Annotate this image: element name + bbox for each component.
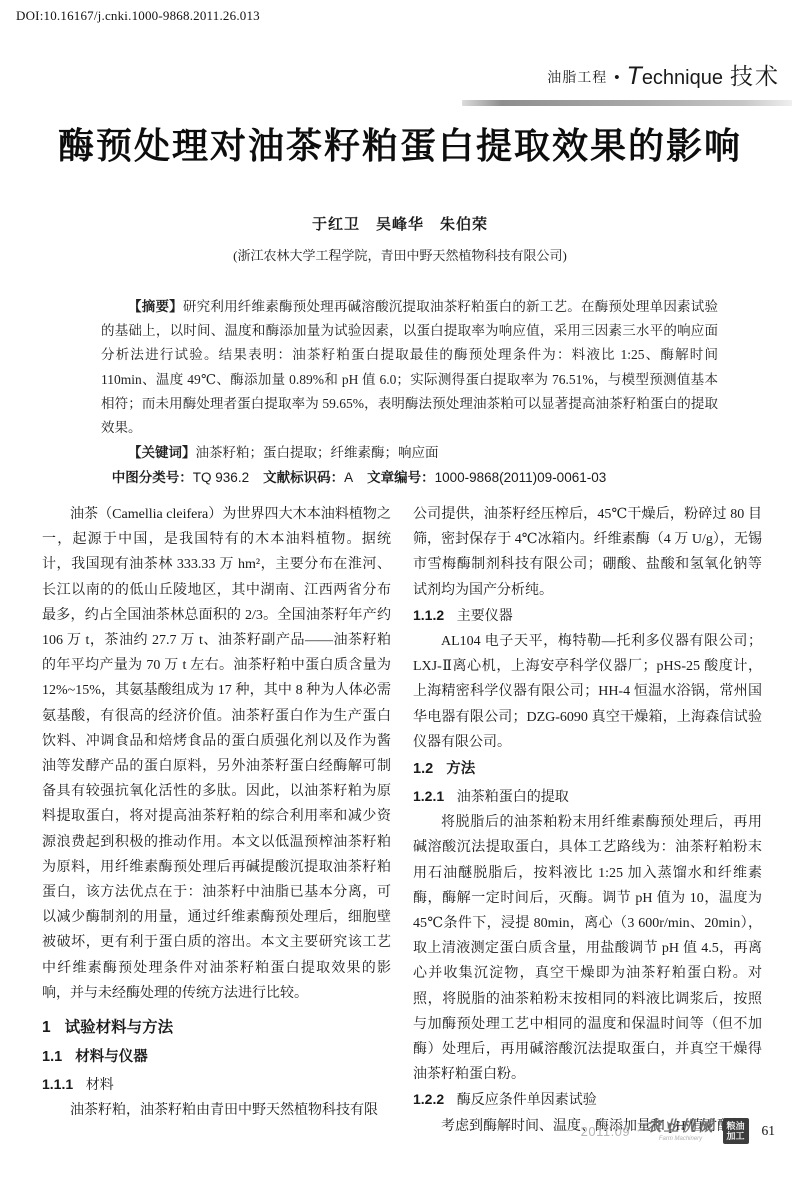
clc-value: TQ 936.2 [193, 470, 249, 485]
section-category-cn: 油脂工程 [547, 69, 607, 85]
section-heading-1.1.1: 1.1.1材料 [42, 1072, 391, 1098]
journal-logotype: 农业机械 Farm Machinery [646, 1120, 714, 1142]
authors-line: 于红卫 吴峰华 朱伯荣 [0, 213, 800, 234]
heading-text: 材料 [86, 1078, 114, 1093]
section-category-en-rest: echnique [642, 67, 723, 89]
section-separator-dot: • [614, 69, 619, 86]
section-header-text: 油脂工程•Technique技术 [462, 58, 792, 91]
section-heading-1: 1试验材料与方法 [42, 1015, 391, 1040]
heading-number: 1.1 [42, 1049, 62, 1065]
heading-text: 主要仪器 [457, 609, 513, 624]
body-paragraph: 油茶（Camellia cleifera）为世界四大木本油料植物之一，起源于中国… [42, 502, 391, 1006]
doc-code-label: 文献标识码： [263, 470, 344, 485]
section-heading-1.2: 1.2方法 [413, 757, 762, 782]
section-category-en-initial: T [627, 62, 642, 90]
journal-section-header: 油脂工程•Technique技术 [462, 58, 792, 106]
issue-date: 2011.09 [581, 1124, 631, 1139]
body-paragraph: 将脱脂后的油茶粕粉末用纤维素酶预处理后，再用碱溶酸沉法提取蛋白，具体工艺路线为：… [413, 810, 762, 1087]
article-title: 酶预处理对油茶籽粕蛋白提取效果的影响 [0, 118, 800, 169]
heading-number: 1.2.2 [413, 1091, 444, 1107]
doi-text: DOI:10.16167/j.cnki.1000-9868.2011.26.01… [16, 8, 260, 24]
section-divider-bar [462, 100, 792, 106]
abstract-paragraph: 【摘要】研究利用纤维素酶预处理再碱溶酸沉提取油茶籽粕蛋白的新工艺。在酶预处理单因… [101, 295, 718, 440]
heading-text: 方法 [446, 761, 475, 777]
abstract-label: 【摘要】 [128, 299, 183, 314]
section-heading-1.2.1: 1.2.1油茶粕蛋白的提取 [413, 784, 762, 810]
body-column-left: 油茶（Camellia cleifera）为世界四大木本油料植物之一，起源于中国… [42, 502, 391, 1139]
journal-name-script: 农业机械 [646, 1120, 714, 1135]
classification-line: 中图分类号：TQ 936.2文献标识码：A文章编号：1000-9868(2011… [101, 466, 761, 490]
heading-text: 酶反应条件单因素试验 [457, 1093, 597, 1108]
body-paragraph: 油茶籽粕，油茶籽粕由青田中野天然植物科技有限 [42, 1098, 391, 1123]
article-id-value: 1000-9868(2011)09-0061-03 [435, 470, 607, 485]
section-heading-1.1.2: 1.1.2主要仪器 [413, 603, 762, 629]
page-footer: 2011.09 · 农业机械 Farm Machinery 粮油 加工 61 [581, 1118, 775, 1144]
section-heading-1.2.2: 1.2.2酶反应条件单因素试验 [413, 1087, 762, 1113]
affiliation-line: (浙江农林大学工程学院，青田中野天然植物科技有限公司) [0, 245, 800, 264]
grain-oil-processing-logo: 粮油 加工 [723, 1118, 749, 1144]
abstract-text: 研究利用纤维素酶预处理再碱溶酸沉提取油茶籽粕蛋白的新工艺。在酶预处理单因素试验的… [101, 299, 718, 435]
keywords-label: 【关键词】 [128, 445, 196, 460]
article-id-label: 文章编号： [367, 470, 435, 485]
footer-separator-dot: · [636, 1123, 640, 1139]
section-heading-1.1: 1.1材料与仪器 [42, 1045, 391, 1070]
heading-text: 试验材料与方法 [65, 1019, 174, 1036]
logo-text-line2: 加工 [726, 1131, 744, 1141]
section-category-tail: 技术 [730, 63, 780, 89]
clc-label: 中图分类号： [112, 470, 193, 485]
doc-code-value: A [344, 470, 353, 485]
body-columns: 油茶（Camellia cleifera）为世界四大木本油料植物之一，起源于中国… [42, 502, 762, 1139]
journal-name-english: Farm Machinery [659, 1136, 702, 1142]
heading-number: 1.2 [413, 761, 433, 777]
heading-text: 油茶粕蛋白的提取 [457, 790, 569, 805]
body-column-right: 公司提供，油茶籽经压榨后，45℃干燥后，粉碎过 80 目筛，密封保存于 4℃冰箱… [413, 502, 762, 1139]
heading-text: 材料与仪器 [75, 1049, 148, 1065]
heading-number: 1.2.1 [413, 788, 444, 804]
keywords-text: 油茶籽粕；蛋白提取；纤维素酶；响应面 [196, 445, 439, 460]
paper-page: DOI:10.16167/j.cnki.1000-9868.2011.26.01… [0, 0, 800, 1203]
page-number: 61 [762, 1123, 776, 1139]
body-paragraph: 公司提供，油茶籽经压榨后，45℃干燥后，粉碎过 80 目筛，密封保存于 4℃冰箱… [413, 502, 762, 603]
heading-number: 1.1.2 [413, 607, 444, 623]
heading-number: 1 [42, 1019, 51, 1036]
heading-number: 1.1.1 [42, 1076, 73, 1092]
body-paragraph: AL104 电子天平，梅特勒—托利多仪器有限公司；LXJ-Ⅱ离心机，上海安亭科学… [413, 629, 762, 755]
logo-text-line1: 粮油 [726, 1121, 744, 1131]
keywords-line: 【关键词】油茶籽粕；蛋白提取；纤维素酶；响应面 [101, 441, 718, 465]
